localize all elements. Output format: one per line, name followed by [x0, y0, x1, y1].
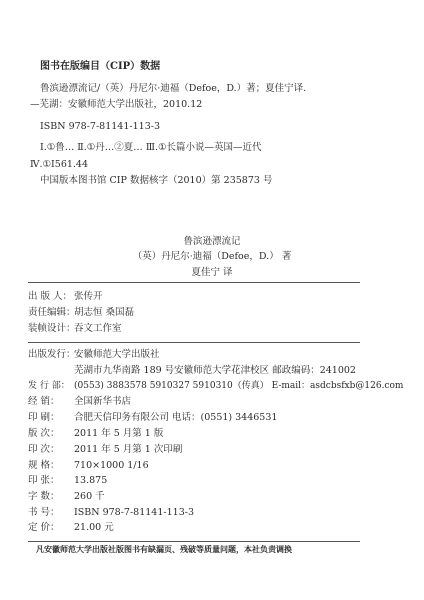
pub-value: 安徽师范大学出版社 — [74, 349, 160, 360]
pub-label: 经 销： — [28, 396, 74, 408]
pub-value: 2011 年 5 月第 1 次印刷 — [74, 444, 182, 455]
pub-row: 字 数：260 千 — [28, 491, 105, 503]
pub-value: 2011 年 5 月第 1 版 — [74, 428, 163, 439]
pub-label: 定 价： — [28, 522, 74, 534]
cip-isbn: ISBN 978-7-81141-113-3 — [40, 121, 160, 133]
cip-line-title: 鲁滨逊漂流记/（英）丹尼尔·迪福（Defoe，D.）著；夏佳宁译. — [40, 83, 306, 95]
pub-value: (0553) 3883578 5910327 5910310（传真） E-mai… — [74, 381, 403, 391]
pub-label: 字 数： — [28, 491, 74, 503]
pub-row: 定 价：21.00 元 — [28, 522, 114, 534]
pub-row: 版 次：2011 年 5 月第 1 版 — [28, 428, 163, 440]
pub-label: 印 张： — [28, 475, 74, 487]
pub-value: 合肥天信印务有限公司 电话：(0551) 3446531 — [74, 412, 277, 423]
pub-row: 芜湖市九华南路 189 号安徽师范大学花津校区 邮政编码：241002 — [28, 365, 356, 377]
pub-row: 书 号：ISBN 978-7-81141-113-3 — [28, 507, 194, 519]
pub-row: 发 行 部：(0553) 3883578 5910327 5910310（传真）… — [28, 380, 403, 392]
staff-row: 责任编辑：胡志恒 桑国磊 — [28, 307, 134, 319]
pub-row: 印 张：13.875 — [28, 475, 107, 487]
pub-label: 规 格： — [28, 460, 74, 472]
divider — [28, 282, 360, 283]
staff-value: 张传开 — [74, 291, 103, 302]
cip-classification-1: Ⅰ.①鲁… Ⅱ.①丹…②夏… Ⅲ.①长篇小说—英国—近代 — [40, 142, 262, 154]
staff-label: 装帧设计： — [28, 323, 74, 335]
pub-value: 21.00 元 — [74, 522, 114, 533]
pub-row: 规 格：710×1000 1/16 — [28, 460, 149, 472]
book-translator: 夏佳宁 译 — [0, 267, 424, 279]
book-author: （英）丹尼尔·迪福（Defoe，D.） 著 — [0, 251, 424, 263]
quality-notice: 凡安徽师范大学出版社版图书有缺漏页、残破等质量问题，本社负责调换 — [36, 543, 292, 555]
cip-line-publisher: —芜湖：安徽师范大学出版社，2010.12 — [30, 99, 202, 111]
pub-value: 全国新华书店 — [74, 396, 131, 407]
pub-label: 出版发行： — [28, 349, 74, 361]
pub-row: 经 销：全国新华书店 — [28, 396, 131, 408]
staff-value: 吞文工作室 — [74, 323, 122, 334]
pub-label: 印 次： — [28, 444, 74, 456]
staff-label: 责任编辑： — [28, 307, 74, 319]
pub-value: 260 千 — [74, 491, 105, 502]
pub-row: 印 刷：合肥天信印务有限公司 电话：(0551) 3446531 — [28, 412, 277, 424]
pub-label: 发 行 部： — [28, 380, 74, 392]
divider — [28, 342, 360, 343]
book-title: 鲁滨逊漂流记 — [0, 236, 424, 248]
staff-value: 胡志恒 桑国磊 — [74, 307, 134, 318]
pub-label: 书 号： — [28, 507, 74, 519]
cip-classification-2: Ⅳ.①I561.44 — [30, 159, 88, 171]
divider — [28, 541, 360, 542]
staff-row: 出 版 人：张传开 — [28, 291, 103, 303]
pub-value: 13.875 — [74, 475, 107, 486]
pub-value: 芜湖市九华南路 189 号安徽师范大学花津校区 邮政编码：241002 — [74, 365, 356, 376]
staff-label: 出 版 人： — [28, 291, 74, 303]
pub-label: 版 次： — [28, 428, 74, 440]
cip-number: 中国版本图书馆 CIP 数据核字（2010）第 235873 号 — [40, 175, 272, 187]
pub-label: 印 刷： — [28, 412, 74, 424]
staff-row: 装帧设计：吞文工作室 — [28, 323, 122, 335]
cip-heading: 图书在版编目（CIP）数据 — [40, 61, 160, 73]
pub-row: 印 次：2011 年 5 月第 1 次印刷 — [28, 444, 182, 456]
pub-row: 出版发行：安徽师范大学出版社 — [28, 349, 160, 361]
pub-value: ISBN 978-7-81141-113-3 — [74, 507, 194, 518]
pub-value: 710×1000 1/16 — [74, 460, 149, 471]
